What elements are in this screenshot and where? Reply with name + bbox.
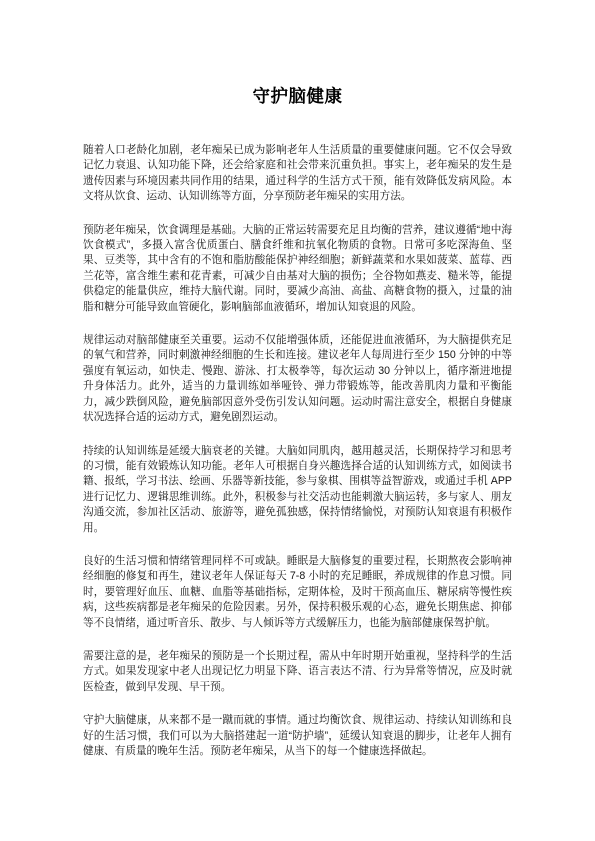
paragraph-diet: 预防老年痴呆，饮食调理是基础。大脑的正常运转需要充足且均衡的营养，建议遵循“地中… bbox=[83, 223, 512, 315]
paragraph-conclusion: 守护大脑健康，从来都不是一蹴而就的事情。通过均衡饮食、规律运动、持续认知训练和良… bbox=[83, 713, 512, 759]
document-page: 守护脑健康 随着人口老龄化加剧，老年痴呆已成为影响老年人生活质量的重要健康问题。… bbox=[0, 0, 595, 841]
paragraph-exercise: 规律运动对脑部健康至关重要。运动不仅能增强体质，还能促进血液循环，为大脑提供充足… bbox=[83, 333, 512, 425]
paragraph-lifestyle: 良好的生活习惯和情绪管理同样不可或缺。睡眠是大脑修复的重要过程，长期熬夜会影响神… bbox=[83, 554, 512, 631]
paragraph-early-detection: 需要注意的是，老年痴呆的预防是一个长期过程，需从中年时期开始重视，坚持科学的生活… bbox=[83, 649, 512, 695]
paragraph-cognitive-training: 持续的认知训练是延缓大脑衰老的关键。大脑如同肌肉，越用越灵活，长期保持学习和思考… bbox=[83, 444, 512, 536]
page-title: 守护脑健康 bbox=[83, 85, 512, 107]
paragraph-intro: 随着人口老龄化加剧，老年痴呆已成为影响老年人生活质量的重要健康问题。它不仅会导致… bbox=[83, 143, 512, 205]
